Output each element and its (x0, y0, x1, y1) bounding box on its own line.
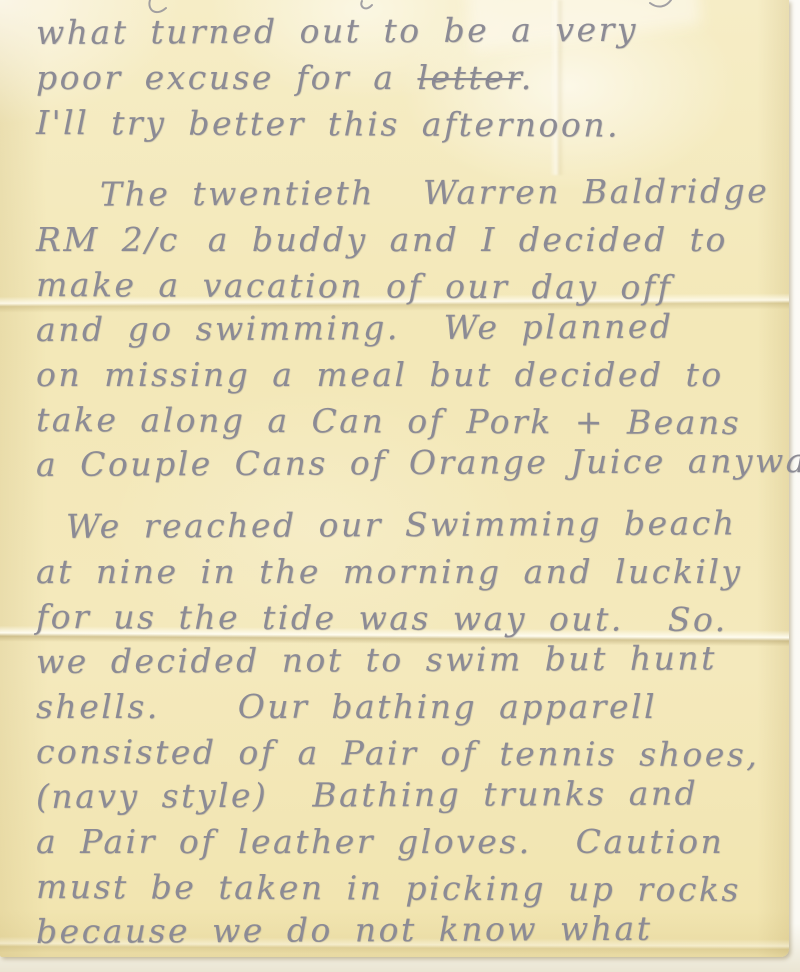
letter-line: RM 2/ca buddy and I decided to (36, 217, 776, 262)
letter-line: (navy style) Bathing trunks and (36, 770, 776, 819)
letter-text-segment: consisted of a Pair of tennis shoes, (36, 732, 759, 774)
letter-text-segment: make a vacation of our day off (36, 265, 672, 307)
letter-text-segment: a buddy and I decided to (208, 220, 728, 259)
letter-text-segment: we decided not to swim but hunt (36, 638, 717, 681)
letter-text-segment: must be taken in picking up rocks (36, 867, 741, 909)
letter-line: poor excuse for a letter. (36, 55, 776, 100)
letter-text-segment: Our bathing apparell (238, 687, 657, 726)
letter-text-segment: for us the tide was way out. So. (36, 597, 728, 639)
letter-text-segment: because we do not know what (36, 909, 653, 951)
letter-line: we decided not to swim but hunt (36, 635, 776, 684)
letter-text-segment: and go swimming. We planned (36, 307, 674, 349)
letter-text-segment: We reached our Swimming beach (66, 503, 737, 546)
letter-line: a Pair of leather gloves. Caution (36, 819, 776, 864)
letter-line: at nine in the morning and luckily (36, 549, 776, 594)
letter-text-segment: letter (417, 58, 520, 97)
letter-text-segment: The twentieth (100, 173, 375, 213)
letter-text-segment: I'll try better this afternoon. (36, 103, 620, 145)
letter-paragraph: We reached our Swimming beachat nine in … (36, 504, 776, 954)
letter-line: on missing a meal but decided to (36, 352, 776, 397)
letter-line: We reached our Swimming beach (36, 500, 776, 549)
letter-text-segment: on missing a meal but decided to (36, 355, 724, 394)
letter-text-segment: . (521, 58, 534, 97)
letter-line: shells.Our bathing apparell (36, 684, 776, 729)
letter-text-segment: Warren Baldridge (423, 171, 769, 212)
letter-text-segment: take along a Can of Pork + Beans (36, 400, 741, 442)
letter-line: a Couple Cans of Orange Juice anyway (36, 438, 776, 487)
letter-line: and go swimming. We planned (36, 303, 776, 352)
letter-page: what turned out to be a verypoor excuse … (0, 0, 789, 957)
letter-text-segment: poor excuse for a (36, 58, 417, 97)
letter-text-segment: shells. (36, 687, 160, 726)
letter-line: what turned out to be a very (36, 6, 776, 55)
letter-line: because we do not know what (36, 905, 776, 954)
letter-text-segment: a Pair of leather gloves. Caution (36, 822, 724, 861)
letter-text-segment: what turned out to be a very (36, 10, 638, 52)
letter-text-segment: a Couple Cans of Orange Juice anyway (36, 441, 800, 484)
letter-text-segment: at nine in the morning and luckily (36, 552, 743, 591)
letter-line: The twentiethWarren Baldridge (36, 168, 776, 217)
letter-text-segment: (navy style) Bathing trunks and (36, 774, 698, 816)
letter-text-segment: RM 2/c (36, 220, 180, 259)
letter-body: what turned out to be a verypoor excuse … (36, 10, 776, 954)
letter-paragraph: what turned out to be a verypoor excuse … (36, 10, 776, 145)
letter-line: I'll try better this afternoon. (36, 100, 776, 148)
letter-paragraph: The twentiethWarren BaldridgeRM 2/ca bud… (36, 172, 776, 487)
